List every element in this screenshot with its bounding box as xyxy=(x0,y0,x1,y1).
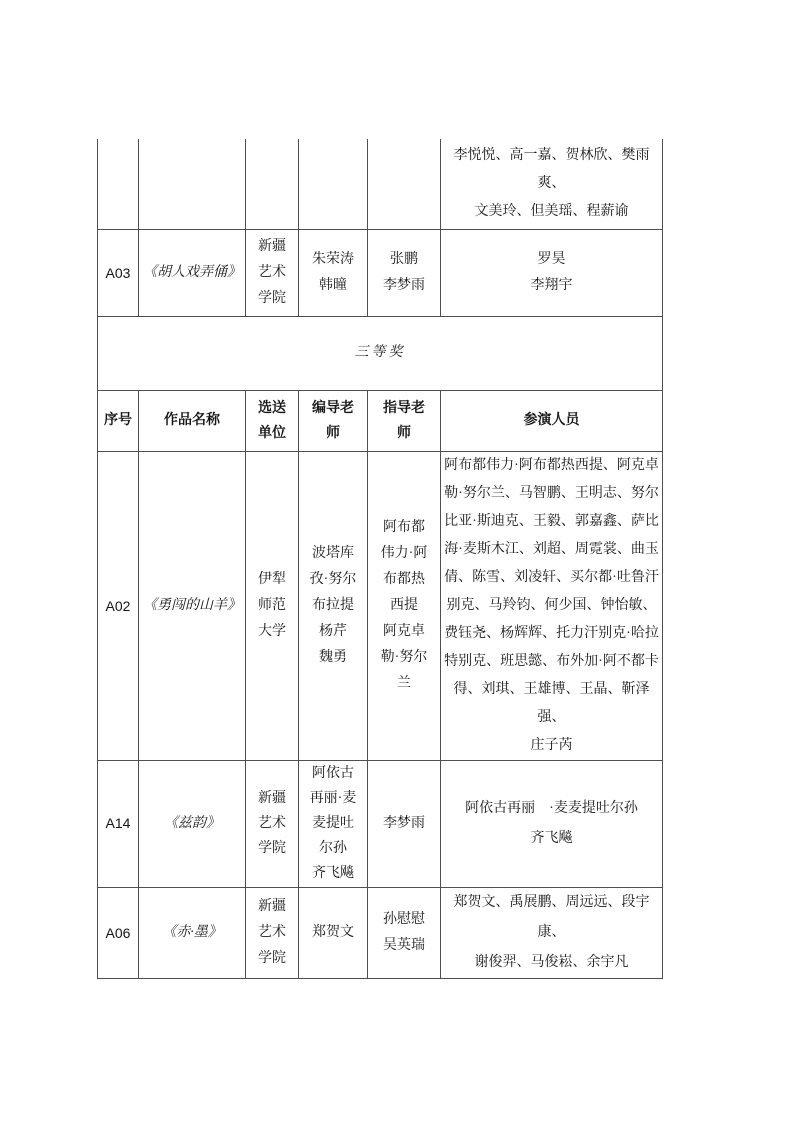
cell-work-title: 《胡人戏弄俑》 xyxy=(139,229,246,316)
cell-serial: A06 xyxy=(98,887,139,978)
column-header-serial: 序号 xyxy=(98,390,139,451)
column-header-performers: 参演人员 xyxy=(441,390,663,451)
cell-work-title: 《勇闯的山羊》 xyxy=(139,451,246,760)
cell-serial: A03 xyxy=(98,229,139,316)
cell-performers: 阿依古再丽 ·麦麦提吐尔孙 齐飞飚 xyxy=(441,760,663,887)
award-table: 李悦悦、高一嘉、贺林欣、樊雨爽、 文美玲、但美瑶、程薪谕 A03 《胡人戏弄俑》… xyxy=(97,139,663,979)
section-title-row: 三等奖 xyxy=(98,316,663,390)
table-row: A02 《勇闯的山羊》 伊犁 师范 大学 波塔库 孜·努尔 布拉提 杨芹 魏勇 … xyxy=(98,451,663,760)
cell-serial xyxy=(98,139,139,229)
cell-performers: 阿布都伟力·阿布都热西提、阿克卓 勒·努尔兰、马智鹏、王明志、努尔 比亚·斯迪克… xyxy=(441,451,663,760)
table-row: 李悦悦、高一嘉、贺林欣、樊雨爽、 文美玲、但美瑶、程薪谕 xyxy=(98,139,663,229)
table-header-row: 序号 作品名称 选送 单位 编导老 师 指导老 师 参演人员 xyxy=(98,390,663,451)
cell-performers: 李悦悦、高一嘉、贺林欣、樊雨爽、 文美玲、但美瑶、程薪谕 xyxy=(441,139,663,229)
cell-advisor xyxy=(368,139,441,229)
cell-advisor: 阿布都 伟力·阿 布都热 西提 阿克卓 勒·努尔 兰 xyxy=(368,451,441,760)
document-page: 李悦悦、高一嘉、贺林欣、樊雨爽、 文美玲、但美瑶、程薪谕 A03 《胡人戏弄俑》… xyxy=(0,0,793,1122)
cell-director xyxy=(299,139,368,229)
cell-director: 朱荣涛 韩曈 xyxy=(299,229,368,316)
cell-advisor: 李梦雨 xyxy=(368,760,441,887)
table-row: A06 《赤·墨》 新疆 艺术 学院 郑贺文 孙慰慰 吴英瑞 郑贺文、禹展鹏、周… xyxy=(98,887,663,978)
table-row: A14 《兹韵》 新疆 艺术 学院 阿依古 再丽·麦 麦提吐 尔孙 齐飞飚 李梦… xyxy=(98,760,663,887)
column-header-director: 编导老 师 xyxy=(299,390,368,451)
column-header-work-title: 作品名称 xyxy=(139,390,246,451)
cell-unit: 伊犁 师范 大学 xyxy=(246,451,299,760)
column-header-advisor: 指导老 师 xyxy=(368,390,441,451)
section-title: 三等奖 xyxy=(98,316,663,390)
cell-serial: A02 xyxy=(98,451,139,760)
cell-advisor: 张鹏 李梦雨 xyxy=(368,229,441,316)
cell-unit xyxy=(246,139,299,229)
cell-work-title: 《兹韵》 xyxy=(139,760,246,887)
cell-serial: A14 xyxy=(98,760,139,887)
column-header-unit: 选送 单位 xyxy=(246,390,299,451)
cell-director: 郑贺文 xyxy=(299,887,368,978)
table-row: A03 《胡人戏弄俑》 新疆 艺术 学院 朱荣涛 韩曈 张鹏 李梦雨 罗昊 李翔… xyxy=(98,229,663,316)
cell-unit: 新疆 艺术 学院 xyxy=(246,760,299,887)
cell-performers: 郑贺文、禹展鹏、周远远、段宇康、 谢俊羿、马俊崧、余宇凡 xyxy=(441,887,663,978)
cell-unit: 新疆 艺术 学院 xyxy=(246,229,299,316)
cell-performers: 罗昊 李翔宇 xyxy=(441,229,663,316)
cell-work-title: 《赤·墨》 xyxy=(139,887,246,978)
cell-unit: 新疆 艺术 学院 xyxy=(246,887,299,978)
cell-director: 波塔库 孜·努尔 布拉提 杨芹 魏勇 xyxy=(299,451,368,760)
cell-advisor: 孙慰慰 吴英瑞 xyxy=(368,887,441,978)
cell-director: 阿依古 再丽·麦 麦提吐 尔孙 齐飞飚 xyxy=(299,760,368,887)
cell-work-title xyxy=(139,139,246,229)
